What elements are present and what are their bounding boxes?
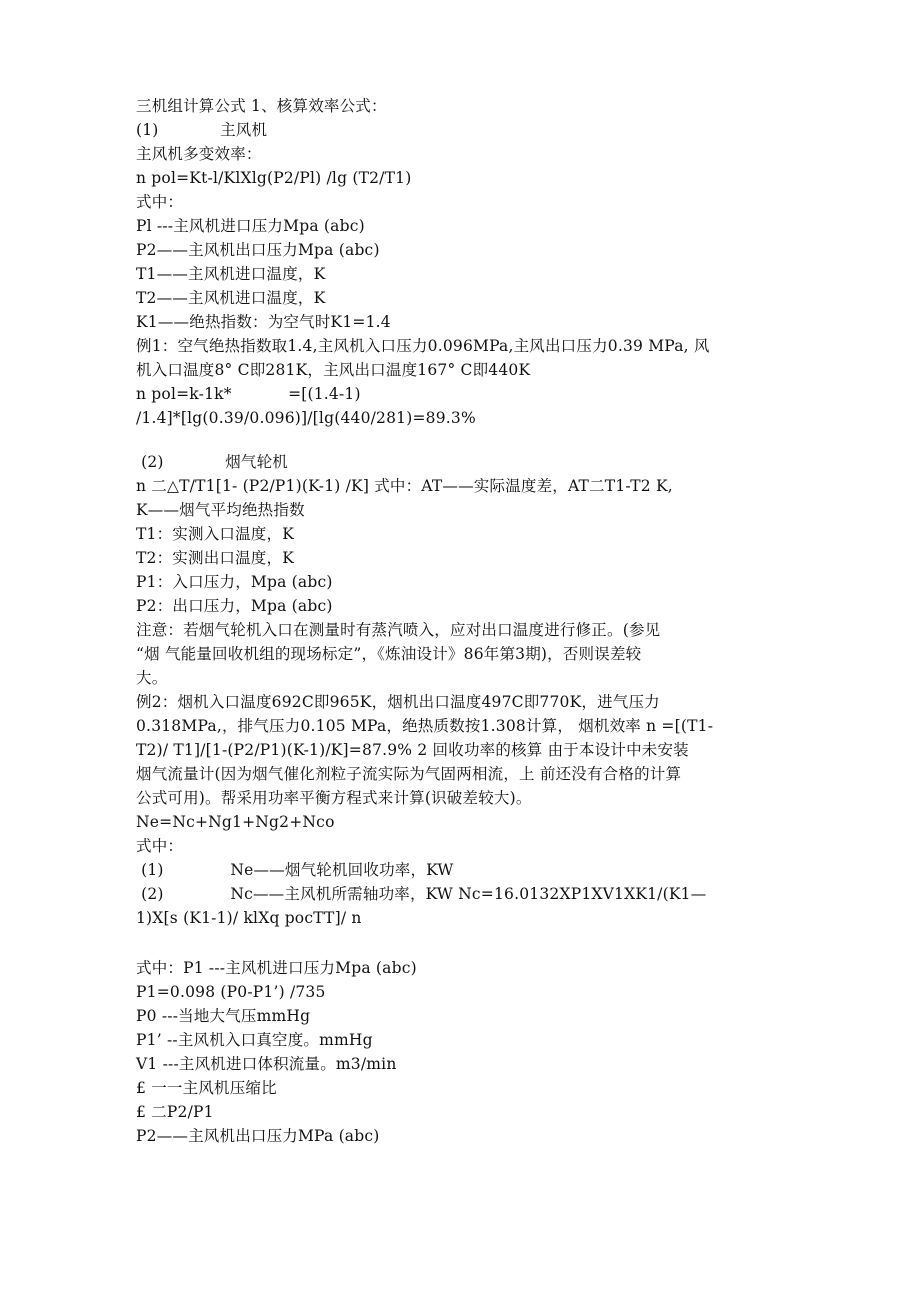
definition-line: P0 ---当地大气压mmHg [136,1006,310,1026]
formula-line: 1)X[s (K1-1)/ klXq pocTT]/ n [136,908,362,928]
definition-line: T1：实测入口温度，K [136,524,294,544]
note-line: 注意：若烟气轮机入口在测量时有蒸汽喷入，应对出口温度进行修正。(参见 [136,620,660,640]
example-2-line: 例2：烟机入口温度692C即965K，烟机出口温度497C即770K，进气压力 [136,692,660,712]
section-2-heading: (2) 烟气轮机 [136,452,288,472]
definition-line: £ 一一主风机压缩比 [136,1078,277,1098]
formula-line: n 二△T/T1[1- (P2/P1)(K-1) /K] 式中：AT——实际温度… [136,476,673,496]
text-line: 式中： [136,836,183,856]
definition-line: P1：入口压力，Mpa (abc) [136,572,333,592]
section-1-heading: (1) 主风机 [136,120,267,140]
definition-line: P2——主风机出口压力MPa (abc) [136,1126,380,1146]
text-line: 主风机多变效率： [136,144,262,164]
list-item: (1) Ne——烟气轮机回收功率，KW [136,860,454,880]
definition-line: Pl ---主风机进口压力Mpa (abc) [136,216,365,236]
formula-line: P1=0.098 (P0-P1’) /735 [136,982,326,1002]
example-2-line: 0.318MPa,，排气压力0.105 MPa，绝热质数按1.308计算， 烟机… [136,716,713,736]
formula-line: £ 二P2/P1 [136,1102,214,1122]
definition-line: P1’ --主风机入口真空度。mmHg [136,1030,373,1050]
example-1-line: 机入口温度8° C即281K，主风出口温度167° C即440K [136,360,530,380]
note-line: 大。 [136,668,167,688]
text-line: 公式可用)。帮采用功率平衡方程式来计算(识破差较大)。 [136,788,532,808]
definition-line: T2——主风机进口温度，K [136,288,325,308]
formula-line: /1.4]*[lg(0.39/0.096)]/[lg(440/281)=89.3… [136,408,476,428]
formula-line: n pol=k-1k* =[(1.4-1) [136,384,361,404]
example-2-line: T2)/ T1]/[1-(P2/P1)(K-1)/K]=87.9% 2 回收功率… [136,740,689,760]
definition-line: 式中：P1 ---主风机进口压力Mpa (abc) [136,958,417,978]
formula-line: n pol=Kt-l/KlXlg(P2/Pl) /lg (T2/T1) [136,168,411,188]
note-line: “烟 气能量回收机组的现场标定”，《炼油设计》86年第3期)，否则误差较 [136,644,641,664]
definition-line: T1——主风机进口温度，K [136,264,325,284]
definition-line: K1——绝热指数：为空气时K1=1.4 [136,312,391,332]
list-item: (2) Nc——主风机所需轴功率，KW Nc=16.0132XP1XV1XK1/… [136,884,706,904]
definition-line: T2：实测出口温度，K [136,548,294,568]
definition-line: P2：出口压力，Mpa (abc) [136,596,333,616]
formula-line: Ne=Nc+Ng1+Ng2+Nco [136,812,335,832]
text-line: 式中： [136,192,183,212]
definition-line: V1 ---主风机进口体积流量。m3/min [136,1054,397,1074]
text-line: 烟气流量计(因为烟气催化剂粒子流实际为气固两相流，上 前还没有合格的计算 [136,764,681,784]
example-1-line: 例1：空气绝热指数取1.4,主风机入口压力0.096MPa,主风出口压力0.39… [136,336,710,356]
doc-title-line: 三机组计算公式 1、核算效率公式： [136,96,387,116]
definition-line: P2——主风机出口压力Mpa (abc) [136,240,380,260]
definition-line: K——烟气平均绝热指数 [136,500,305,520]
